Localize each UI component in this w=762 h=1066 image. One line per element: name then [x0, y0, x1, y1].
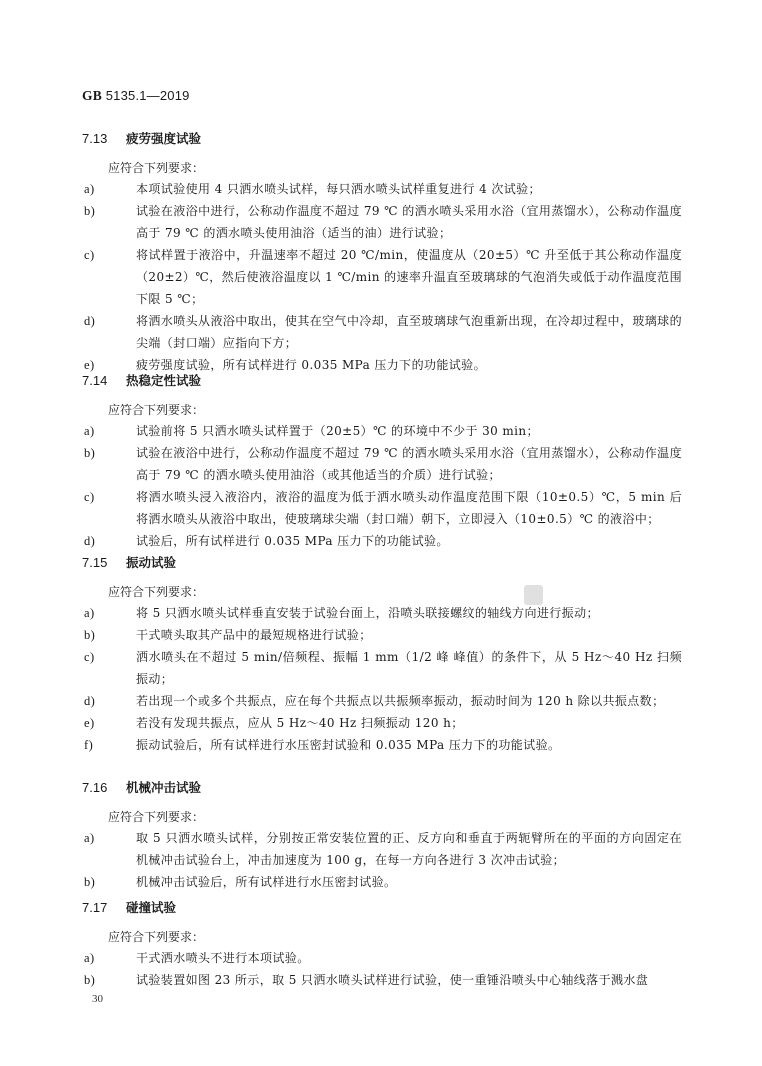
item-label: d): [84, 690, 95, 712]
item-text: 将试样置于液浴中，升温速率不超过 20 ℃/min，使温度从（20±5）℃ 升至…: [136, 248, 682, 306]
section-intro: 应符合下列要求：: [108, 158, 682, 178]
item-label: c): [84, 486, 95, 508]
list-item: c)洒水喷头在不超过 5 min/倍频程、振幅 1 mm（1/2 峰 峰值）的条…: [82, 646, 682, 690]
list-item: b)干式喷头取其产品中的最短规格进行试验；: [82, 624, 682, 646]
item-label: b): [84, 624, 95, 646]
item-text: 振动试验后，所有试样进行水压密封试验和 0.035 MPa 压力下的功能试验。: [136, 738, 560, 752]
list-item: b)试验在液浴中进行，公称动作温度不超过 79 ℃ 的洒水喷头采用水浴（宜用蒸馏…: [82, 442, 682, 486]
list-item: b)机械冲击试验后，所有试样进行水压密封试验。: [82, 871, 682, 893]
item-text: 试验在液浴中进行，公称动作温度不超过 79 ℃ 的洒水喷头采用水浴（宜用蒸馏水）…: [136, 446, 682, 482]
item-label: b): [84, 871, 95, 893]
section-7-13: 7.13疲劳强度试验 应符合下列要求： a)本项试验使用 4 只洒水喷头试样，每…: [82, 129, 682, 376]
item-text: 干式洒水喷头不进行本项试验。: [136, 951, 310, 965]
standard-prefix: GB: [82, 88, 102, 103]
section-intro: 应符合下列要求：: [108, 582, 682, 602]
item-label: f): [84, 734, 93, 756]
list-item: e)若没有发现共振点，应从 5 Hz～40 Hz 扫频振动 120 h；: [82, 712, 682, 734]
item-text: 将 5 只洒水喷头试样垂直安装于试验台面上，沿喷头联接螺纹的轴线方向进行振动；: [136, 606, 599, 620]
section-7-14: 7.14热稳定性试验 应符合下列要求： a)试验前将 5 只洒水喷头试样置于（2…: [82, 371, 682, 552]
document-header: GB 5135.1—2019: [82, 88, 190, 104]
item-text: 试验前将 5 只洒水喷头试样置于（20±5）℃ 的环境中不少于 30 min；: [136, 424, 539, 438]
section-number: 7.16: [82, 778, 126, 798]
item-label: e): [84, 712, 95, 734]
item-label: b): [84, 200, 95, 222]
section-number: 7.17: [82, 898, 126, 918]
section-heading: 7.16机械冲击试验: [82, 778, 682, 798]
section-number: 7.15: [82, 553, 126, 573]
item-label: d): [84, 310, 95, 332]
section-number: 7.14: [82, 371, 126, 391]
list-item: a)取 5 只洒水喷头试样，分别按正常安装位置的正、反方向和垂直于两轭臂所在的平…: [82, 827, 682, 871]
section-heading: 7.14热稳定性试验: [82, 371, 682, 391]
list-item: f)振动试验后，所有试样进行水压密封试验和 0.035 MPa 压力下的功能试验…: [82, 734, 682, 756]
section-title: 振动试验: [126, 555, 176, 570]
item-text: 干式喷头取其产品中的最短规格进行试验；: [136, 628, 372, 642]
item-text: 试验在液浴中进行，公称动作温度不超过 79 ℃ 的洒水喷头采用水浴（宜用蒸馏水）…: [136, 204, 682, 240]
list-item: a)本项试验使用 4 只洒水喷头试样，每只洒水喷头试样重复进行 4 次试验；: [82, 178, 682, 200]
list-item: a)干式洒水喷头不进行本项试验。: [82, 947, 682, 969]
page-number: 30: [92, 993, 103, 1005]
section-heading: 7.17碰撞试验: [82, 898, 682, 918]
section-intro: 应符合下列要求：: [108, 400, 682, 420]
item-label: b): [84, 442, 95, 464]
section-title: 疲劳强度试验: [126, 131, 201, 146]
section-7-17: 7.17碰撞试验 应符合下列要求： a)干式洒水喷头不进行本项试验。 b)试验装…: [82, 898, 682, 991]
section-title: 碰撞试验: [126, 900, 176, 915]
section-7-15: 7.15振动试验 应符合下列要求： a)将 5 只洒水喷头试样垂直安装于试验台面…: [82, 553, 682, 756]
list-item: c)将洒水喷头浸入液浴内，液浴的温度为低于洒水喷头动作温度范围下限（10±0.5…: [82, 486, 682, 530]
item-label: a): [84, 602, 95, 624]
section-intro: 应符合下列要求：: [108, 927, 682, 947]
item-text: 洒水喷头在不超过 5 min/倍频程、振幅 1 mm（1/2 峰 峰值）的条件下…: [136, 650, 682, 686]
item-label: b): [84, 969, 95, 991]
item-label: d): [84, 530, 95, 552]
scan-artifact: [524, 585, 543, 605]
item-label: a): [84, 420, 95, 442]
item-text: 本项试验使用 4 只洒水喷头试样，每只洒水喷头试样重复进行 4 次试验；: [136, 182, 541, 196]
item-label: c): [84, 646, 95, 668]
list-item: d)若出现一个或多个共振点，应在每个共振点以共振频率振动，振动时间为 120 h…: [82, 690, 682, 712]
list-item: a)将 5 只洒水喷头试样垂直安装于试验台面上，沿喷头联接螺纹的轴线方向进行振动…: [82, 602, 682, 624]
item-text: 若没有发现共振点，应从 5 Hz～40 Hz 扫频振动 120 h；: [136, 716, 464, 730]
item-text: 将洒水喷头浸入液浴内，液浴的温度为低于洒水喷头动作温度范围下限（10±0.5）℃…: [136, 490, 682, 526]
list-item: b)试验在液浴中进行，公称动作温度不超过 79 ℃ 的洒水喷头采用水浴（宜用蒸馏…: [82, 200, 682, 244]
section-intro: 应符合下列要求：: [108, 807, 682, 827]
list-item: c)将试样置于液浴中，升温速率不超过 20 ℃/min，使温度从（20±5）℃ …: [82, 244, 682, 310]
section-heading: 7.15振动试验: [82, 553, 682, 573]
section-7-16: 7.16机械冲击试验 应符合下列要求： a)取 5 只洒水喷头试样，分别按正常安…: [82, 778, 682, 893]
section-heading: 7.13疲劳强度试验: [82, 129, 682, 149]
item-text: 取 5 只洒水喷头试样，分别按正常安装位置的正、反方向和垂直于两轭臂所在的平面的…: [136, 831, 682, 867]
item-text: 疲劳强度试验，所有试样进行 0.035 MPa 压力下的功能试验。: [136, 358, 486, 372]
section-number: 7.13: [82, 129, 126, 149]
item-text: 试验装置如图 23 所示，取 5 只洒水喷头试样进行试验，使一重锤沿喷头中心轴线…: [136, 973, 648, 987]
item-label: a): [84, 178, 95, 200]
item-text: 若出现一个或多个共振点，应在每个共振点以共振频率振动，振动时间为 120 h 除…: [136, 694, 664, 708]
list-item: a)试验前将 5 只洒水喷头试样置于（20±5）℃ 的环境中不少于 30 min…: [82, 420, 682, 442]
item-text: 试验后，所有试样进行 0.035 MPa 压力下的功能试验。: [136, 534, 449, 548]
section-title: 热稳定性试验: [126, 373, 201, 388]
list-item: d)将洒水喷头从液浴中取出，使其在空气中冷却，直至玻璃球气泡重新出现，在冷却过程…: [82, 310, 682, 354]
item-text: 将洒水喷头从液浴中取出，使其在空气中冷却，直至玻璃球气泡重新出现，在冷却过程中，…: [136, 314, 682, 350]
list-item: b)试验装置如图 23 所示，取 5 只洒水喷头试样进行试验，使一重锤沿喷头中心…: [82, 969, 682, 991]
section-title: 机械冲击试验: [126, 780, 201, 795]
item-label: a): [84, 827, 95, 849]
item-label: a): [84, 947, 95, 969]
item-label: c): [84, 244, 95, 266]
item-text: 机械冲击试验后，所有试样进行水压密封试验。: [136, 875, 396, 889]
standard-number: 5135.1—2019: [106, 88, 190, 103]
list-item: d)试验后，所有试样进行 0.035 MPa 压力下的功能试验。: [82, 530, 682, 552]
